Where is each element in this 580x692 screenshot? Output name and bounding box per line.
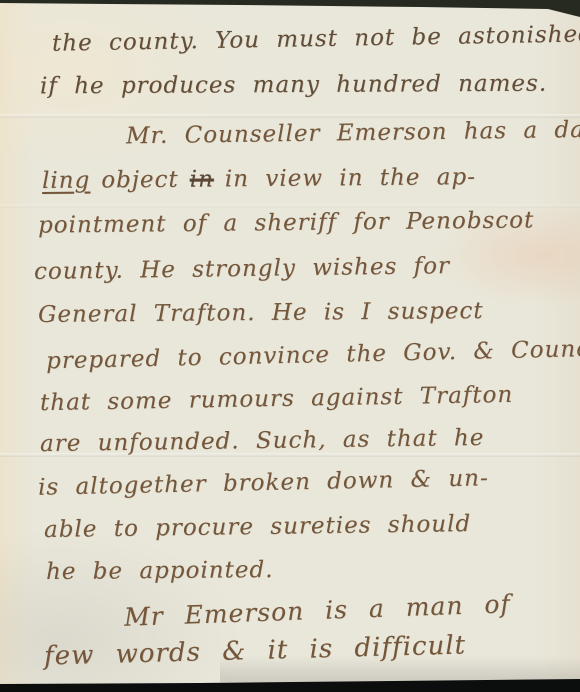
handwriting-line: the county. You must not be astonished	[52, 21, 580, 56]
handwriting-line: General Trafton. He is I suspect	[38, 298, 484, 328]
handwriting-line: prepared to convince the Gov. & Council	[46, 336, 580, 375]
struck-through-word: in	[190, 166, 214, 192]
handwriting-line: lingobjectinin view in the ap-	[42, 164, 487, 194]
handwriting-line: that some rumours against Trafton	[40, 382, 514, 416]
underlined-word: ling	[42, 168, 90, 194]
handwriting-line: if he produces many hundred names.	[40, 71, 547, 100]
handwriting-line: able to procure sureties should	[44, 511, 472, 543]
line-remainder: in view in the ap-	[225, 164, 476, 192]
handwriting-line: he be appointed.	[46, 557, 274, 585]
word: object	[101, 167, 179, 194]
handwriting-line: county. He strongly wishes for	[34, 253, 450, 285]
handwriting-line: Mr Emerson is a man of	[124, 589, 511, 631]
handwriting-line: is altogether broken down & un-	[38, 465, 489, 500]
handwriting-line: are unfounded. Such, as that he	[40, 425, 485, 457]
handwriting-line: Mr. Counseller Emerson has a dar-	[126, 117, 580, 150]
scanned-letter: the county. You must not be astonished i…	[0, 0, 580, 692]
handwriting-line: pointment of a sheriff for Penobscot	[38, 207, 535, 238]
letter-page: the county. You must not be astonished i…	[0, 0, 580, 692]
